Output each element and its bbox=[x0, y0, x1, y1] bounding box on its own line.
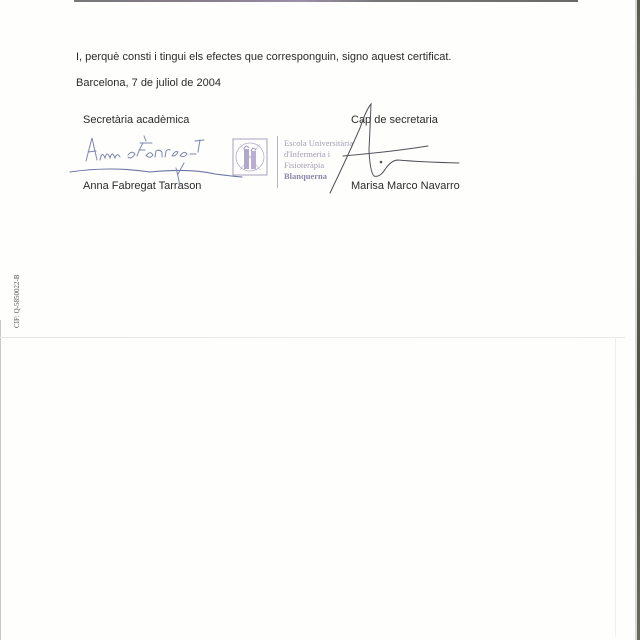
signatory-role-right: Cap de secretaria bbox=[351, 114, 438, 126]
stamp-divider bbox=[277, 136, 278, 188]
place-and-date: Barcelona, 7 de juliol de 2004 bbox=[76, 77, 221, 89]
signature-left bbox=[70, 136, 242, 186]
signatory-name-right: Marisa Marco Navarro bbox=[351, 180, 460, 192]
paper-crease-vertical bbox=[615, 337, 616, 637]
stamp-line: Escola Universitària bbox=[284, 138, 353, 149]
stamp-line: Blanquerna bbox=[284, 171, 353, 182]
certificate-page: I, perquè consti i tingui els efectes qu… bbox=[0, 0, 640, 640]
institution-seal-icon bbox=[232, 138, 268, 176]
signatures bbox=[0, 0, 640, 640]
signatory-role-left: Secretària acadèmica bbox=[83, 114, 189, 126]
institution-stamp: Escola Universitària d'Infermeria i Fisi… bbox=[284, 138, 353, 182]
page-left-edge bbox=[0, 320, 1, 640]
paper-crease bbox=[0, 337, 625, 338]
stamp-line: Fisioteràpia bbox=[284, 160, 353, 171]
tax-id-note: CIF: Q-5850022-B bbox=[13, 275, 21, 328]
stamp-line: d'Infermeria i bbox=[284, 149, 353, 160]
top-rule bbox=[74, 0, 578, 2]
certificate-statement: I, perquè consti i tingui els efectes qu… bbox=[76, 51, 451, 63]
signatory-name-left: Anna Fabregat Tarrason bbox=[83, 180, 201, 192]
